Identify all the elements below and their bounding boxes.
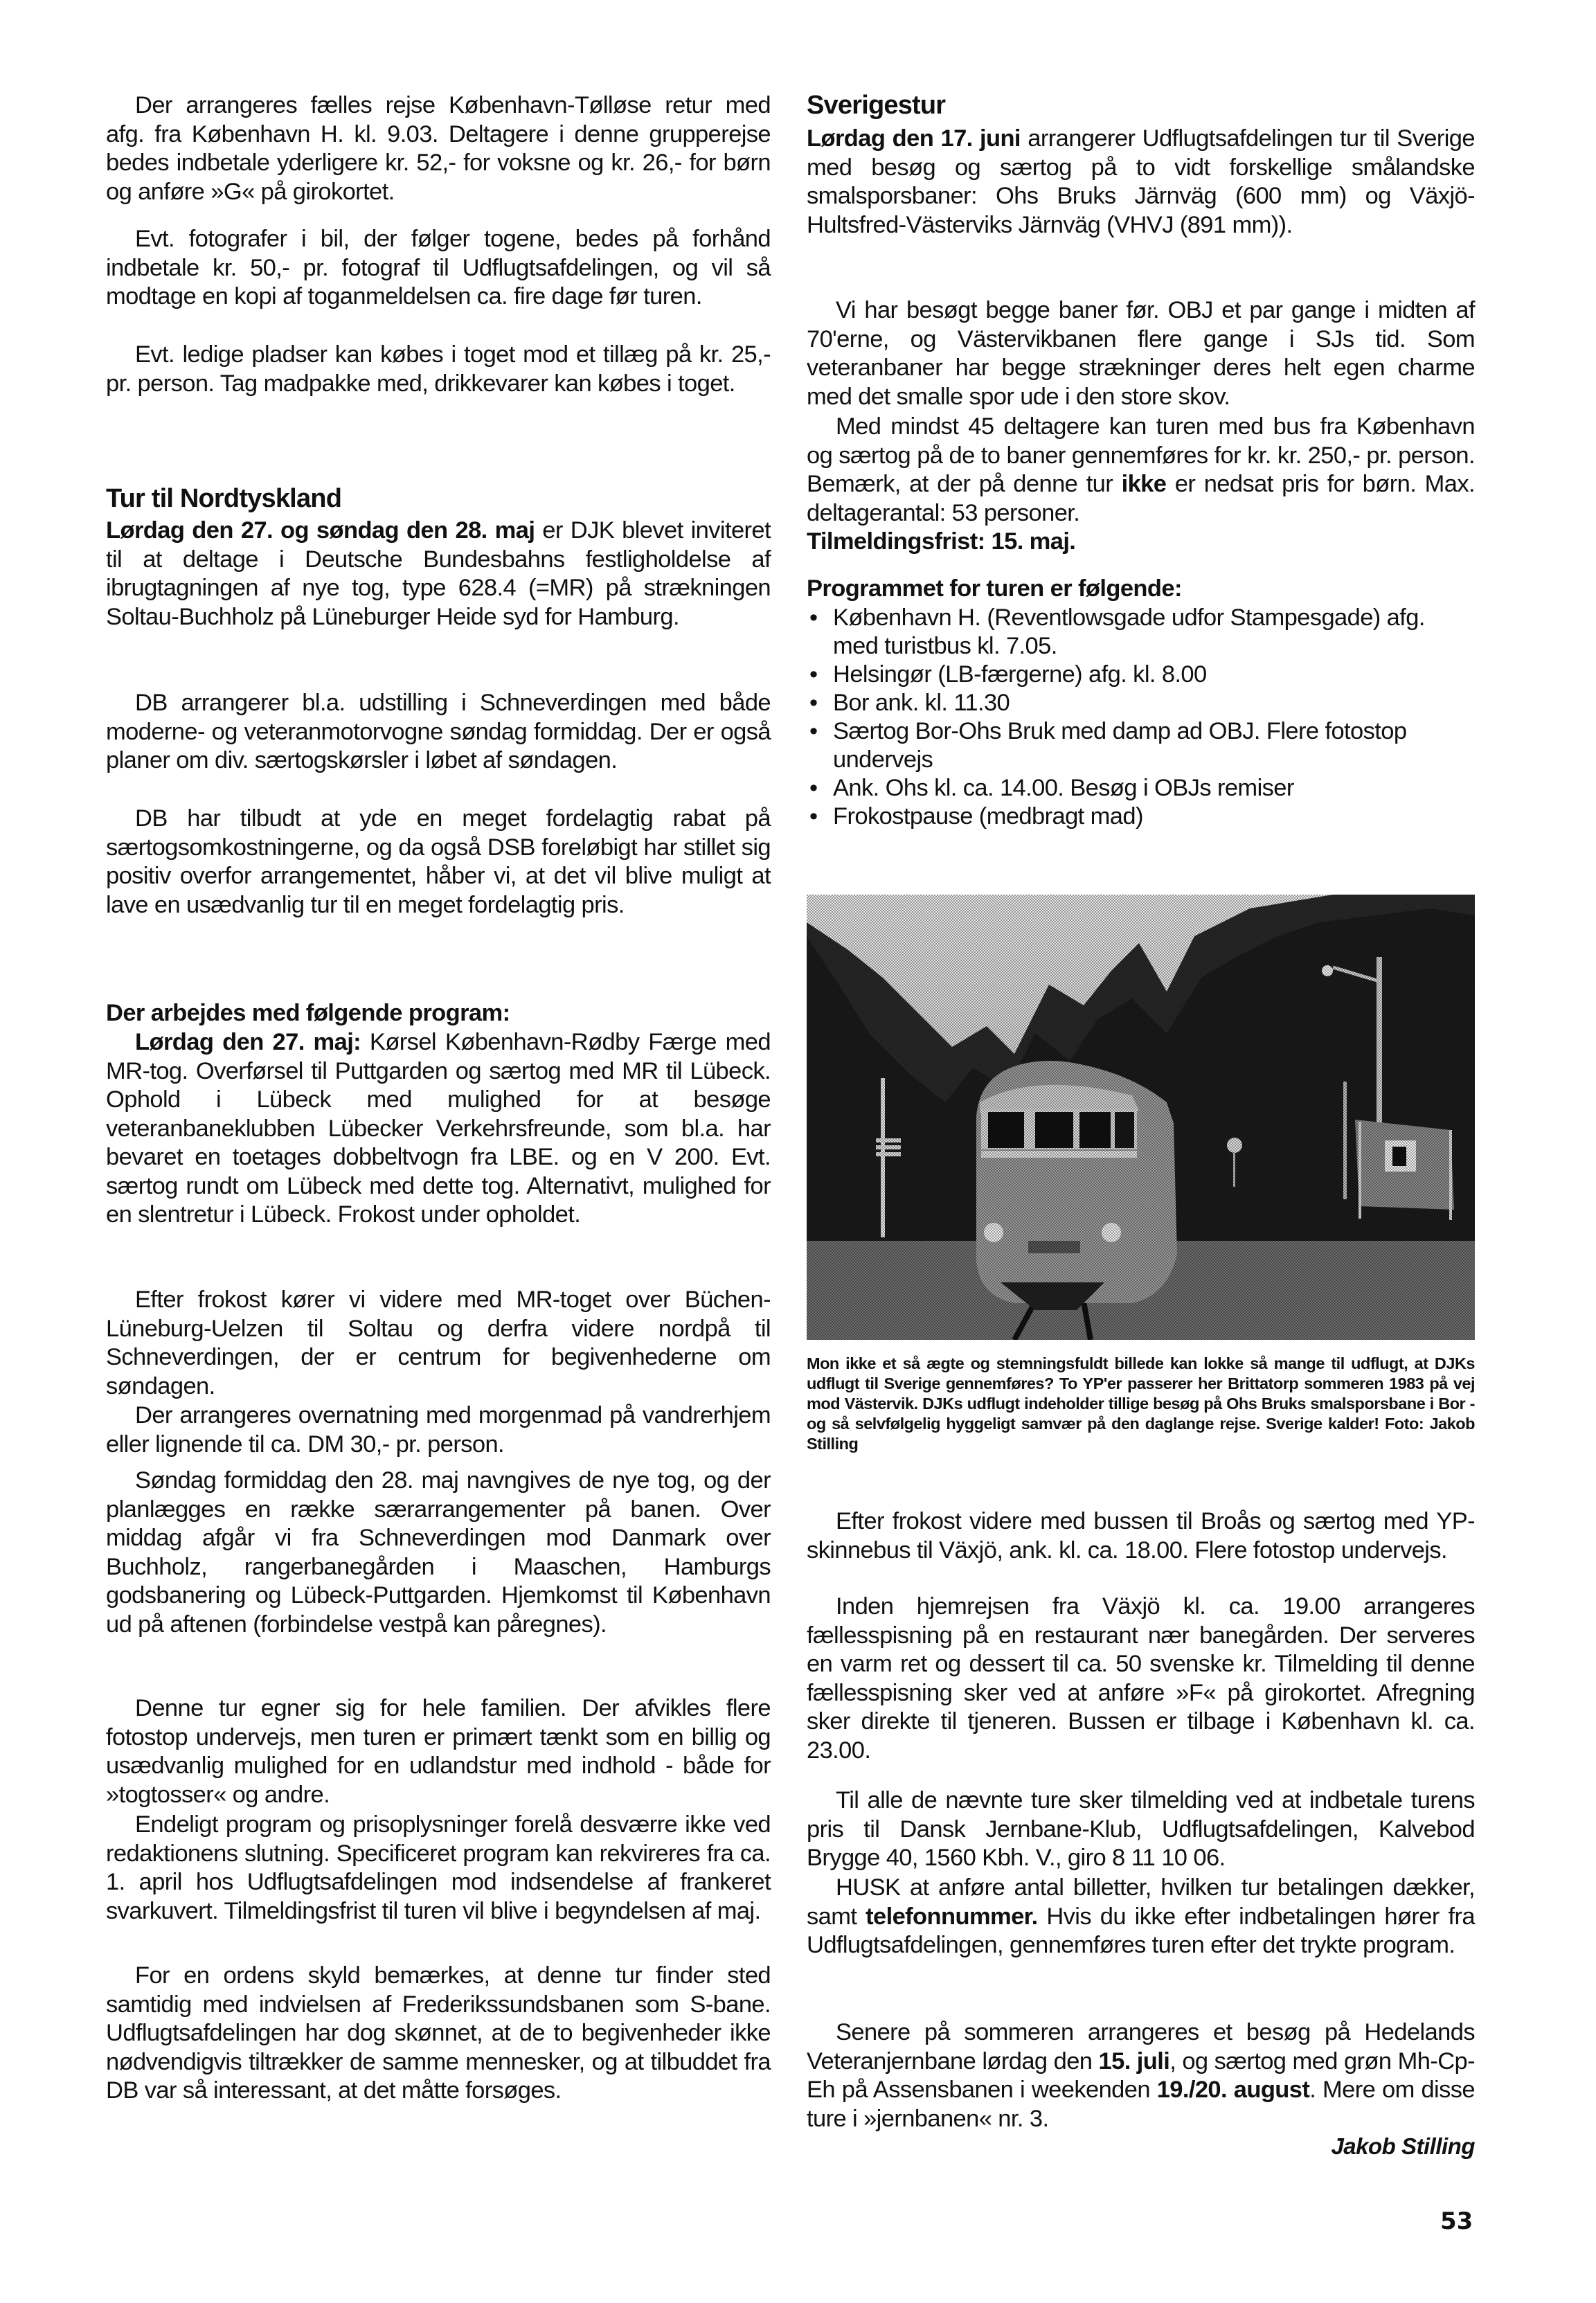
section-heading-sverigestur: Sverigestur — [807, 90, 945, 120]
sverige-paragraph-3: Med mindst 45 deltagere kan turen med bu… — [807, 413, 1475, 528]
reminder-paragraph: HUSK at anføre antal billetter, hvilken … — [807, 1874, 1475, 1960]
program-item: •Frokostpause (medbragt mad) — [807, 803, 1475, 831]
nordtyskland-paragraph-1: Lørdag den 27. og søndag den 28. maj er … — [106, 517, 771, 631]
program-item: •Særtog Bor-Ohs Bruk med damp ad OBJ. Fl… — [807, 717, 1475, 774]
page-number: 53 — [1440, 2207, 1473, 2235]
final-program-paragraph: Endeligt program og prisoplysninger fore… — [106, 1811, 771, 1926]
program-paragraph-1: Lørdag den 27. maj: Kørsel København-Rød… — [106, 1028, 771, 1230]
section-heading-nordtyskland: Tur til Nordtyskland — [106, 483, 341, 514]
later-trips-paragraph: Senere på sommeren arrangeres et besøg p… — [807, 2018, 1475, 2133]
sverige-program-heading: Programmet for turen er følgende: — [807, 575, 1182, 603]
bullet-icon: • — [809, 803, 817, 831]
railbus-photo — [807, 895, 1475, 1340]
nordtyskland-paragraph-3: DB har tilbudt at yde en meget fordelagt… — [106, 805, 771, 920]
sverige-paragraph-2: Vi har besøgt begge baner før. OBJ et pa… — [807, 296, 1475, 411]
date-highlight: Lørdag den 27. maj: — [135, 1029, 361, 1055]
registration-paragraph: Til alle de nævnte ture sker tilmelding … — [807, 1786, 1475, 1873]
sverige-program-list: •København H. (Reventlowsgade udfor Stam… — [807, 604, 1475, 831]
bullet-icon: • — [809, 661, 817, 689]
nordtyskland-paragraph-2: DB arrangerer bl.a. udstilling i Schneve… — [106, 689, 771, 776]
railbus-photo-image — [807, 895, 1475, 1340]
program-paragraph-2: Efter frokost kører vi videre med MR-tog… — [106, 1286, 771, 1401]
program-paragraph-4: Søndag formiddag den 28. maj navngives d… — [106, 1467, 771, 1639]
sverige-paragraph-1: Lørdag den 17. juni arrangerer Udflugtsa… — [807, 125, 1475, 240]
bullet-icon: • — [809, 774, 817, 803]
order-paragraph: For en ordens skyld bemærkes, at denne t… — [106, 1962, 771, 2106]
date-highlight: Lørdag den 27. og søndag den 28. maj — [106, 517, 535, 544]
bullet-icon: • — [809, 717, 817, 746]
program-item: •Helsingør (LB-færgerne) afg. kl. 8.00 — [807, 661, 1475, 689]
intro-paragraph-1: Der arrangeres fælles rejse København-Tø… — [106, 91, 771, 206]
bullet-icon: • — [809, 689, 817, 717]
date-highlight: Lørdag den 17. juni — [807, 125, 1021, 152]
photo-caption: Mon ikke et så ægte og stemningsfuldt bi… — [807, 1354, 1475, 1454]
program-item: •Bor ank. kl. 11.30 — [807, 689, 1475, 717]
after-lunch-paragraph: Efter frokost videre med bussen til Broå… — [807, 1507, 1475, 1565]
family-paragraph: Denne tur egner sig for hele familien. D… — [106, 1694, 771, 1809]
registration-deadline: Tilmeldingsfrist: 15. maj. — [807, 528, 1075, 556]
program-item: •Ank. Ohs kl. ca. 14.00. Besøg i OBJs re… — [807, 774, 1475, 803]
intro-paragraph-3: Evt. ledige pladser kan købes i toget mo… — [106, 341, 771, 398]
program-item: •København H. (Reventlowsgade udfor Stam… — [807, 604, 1475, 661]
dinner-paragraph: Inden hjemrejsen fra Växjö kl. ca. 19.00… — [807, 1593, 1475, 1765]
intro-paragraph-2: Evt. fotografer i bil, der følger togene… — [106, 225, 771, 312]
program-heading: Der arbejdes med følgende program: — [106, 999, 510, 1028]
author-signature: Jakob Stilling — [1331, 2133, 1475, 2160]
bullet-icon: • — [809, 604, 817, 632]
program-paragraph-3: Der arrangeres overnatning med morgenmad… — [106, 1401, 771, 1459]
